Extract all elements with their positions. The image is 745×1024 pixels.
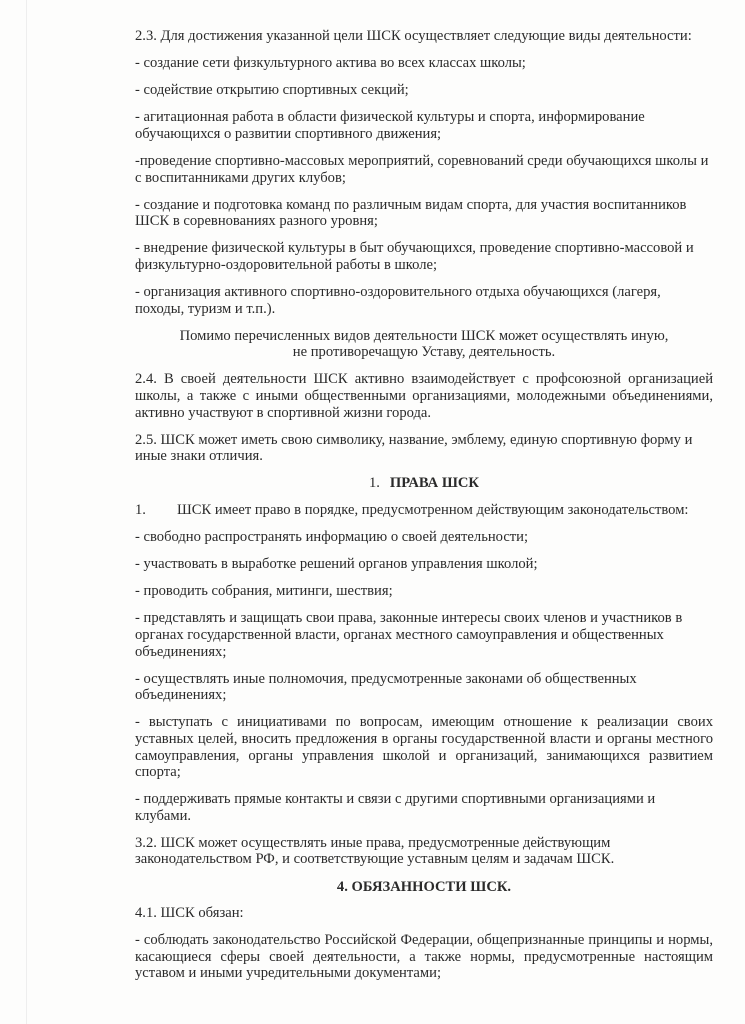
list-item: - осуществлять иные полномочия, предусмо… [135, 671, 665, 704]
heading-number: 1. [369, 475, 380, 491]
list-item: - создание и подготовка команд по различ… [135, 197, 695, 230]
paragraph-4-1: 4.1. ШСК обязан: [135, 905, 713, 922]
list-item: - агитационная работа в области физическ… [135, 109, 665, 142]
section-heading-duties: 4. ОБЯЗАННОСТИ ШСК. [135, 879, 713, 896]
paragraph-3-1: 1.ШСК имеет право в порядке, предусмотре… [135, 502, 713, 519]
scan-page-edge [26, 0, 27, 1024]
note-paragraph: Помимо перечисленных видов деятельности … [135, 328, 713, 361]
list-item: - проводить собрания, митинги, шествия; [135, 583, 713, 600]
paragraph-2-5: 2.5. ШСК может иметь свою символику, наз… [135, 432, 713, 465]
document-body: 2.3. Для достижения указанной цели ШСК о… [135, 28, 713, 993]
list-item: - выступать с инициативами по вопросам, … [135, 714, 713, 780]
paragraph-2-3: 2.3. Для достижения указанной цели ШСК о… [135, 28, 720, 45]
list-item: - содействие открытию спортивных секций; [135, 82, 713, 99]
list-item: - представлять и защищать свои права, за… [135, 610, 705, 660]
list-item: - соблюдать законодательство Российской … [135, 932, 713, 982]
paragraph-3-2: 3.2. ШСК может осуществлять иные права, … [135, 835, 705, 868]
list-item: - создание сети физкультурного актива во… [135, 55, 713, 72]
item-number: 1. [135, 502, 177, 519]
list-item: -проведение спортивно-массовых мероприят… [135, 153, 713, 186]
item-text: ШСК имеет право в порядке, предусмотренн… [177, 502, 689, 518]
section-heading-rights: 1.ПРАВА ШСК [135, 475, 713, 492]
heading-text: ПРАВА ШСК [390, 475, 479, 491]
list-item: - внедрение физической культуры в быт об… [135, 240, 713, 273]
paragraph-2-4: 2.4. В своей деятельности ШСК активно вз… [135, 371, 713, 421]
list-item: - поддерживать прямые контакты и связи с… [135, 791, 695, 824]
list-item: - организация активного спортивно-оздоро… [135, 284, 695, 317]
list-item: - участвовать в выработке решений органо… [135, 556, 713, 573]
list-item: - свободно распространять информацию о с… [135, 529, 713, 546]
